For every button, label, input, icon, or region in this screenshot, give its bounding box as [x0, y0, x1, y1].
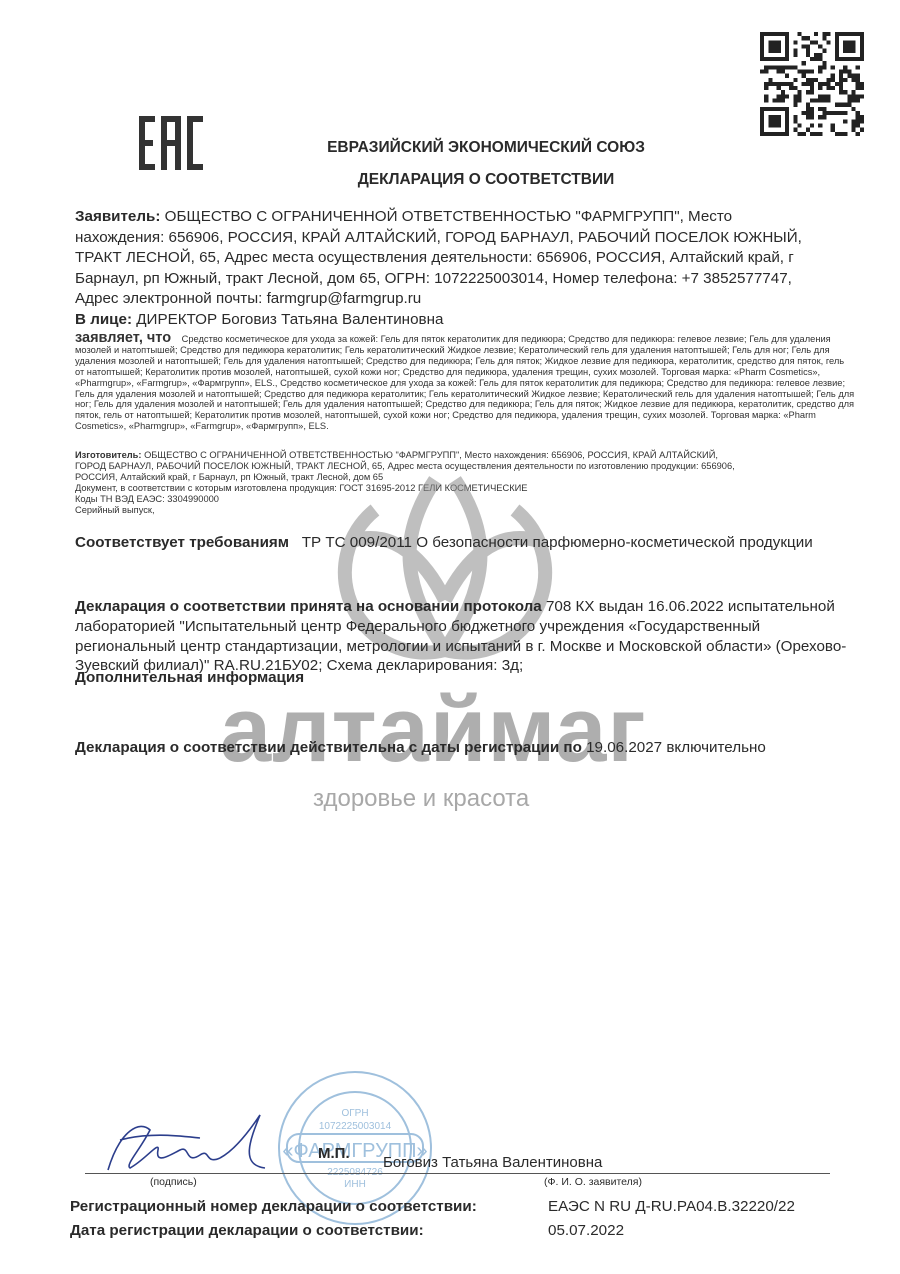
applicant-text: ОБЩЕСТВО С ОГРАНИЧЕННОЙ ОТВЕТСТВЕННОСТЬЮ…: [75, 208, 802, 307]
product-description: Средство косметическое для ухода за коже…: [75, 334, 854, 431]
document-title: ДЕКЛАРАЦИЯ О СООТВЕТСТВИИ: [0, 171, 900, 189]
signature-line: [85, 1173, 830, 1174]
registration-number-label: Регистрационный номер декларации о соотв…: [70, 1198, 477, 1215]
conformity-section: Соответствует требованиям ТР ТС 009/2011…: [75, 533, 835, 554]
manufacturer-label: Изготовитель:: [75, 450, 141, 460]
stamp-place-mark: М.П.: [318, 1145, 350, 1162]
registration-number: ЕАЭС N RU Д-RU.РА04.В.32220/22: [548, 1198, 795, 1215]
stamp-inn-label: ИНН: [344, 1179, 366, 1190]
validity-section: Декларация о соответствии действительна …: [75, 739, 835, 758]
manufacturer-text-1: ОБЩЕСТВО С ОГРАНИЧЕННОЙ ОТВЕТСТВЕННОСТЬЮ…: [144, 450, 718, 460]
representative-text: ДИРЕКТОР Боговиз Татьяна Валентиновна: [136, 311, 443, 328]
conformity-text: ТР ТС 009/2011 О безопасности парфюмерно…: [302, 534, 813, 551]
applicant-name-caption: (Ф. И. О. заявителя): [544, 1176, 642, 1188]
qr-code-icon: [760, 32, 864, 136]
representative-section: В лице: ДИРЕКТОР Боговиз Татьяна Валенти…: [75, 311, 815, 328]
signer-name: Боговиз Татьяна Валентиновна: [383, 1154, 602, 1171]
handwritten-signature-icon: [100, 1110, 280, 1180]
watermark-tagline: здоровье и красота: [313, 785, 529, 813]
signature-caption: (подпись): [150, 1176, 197, 1188]
registration-date-label: Дата регистрации декларации о соответств…: [70, 1222, 424, 1239]
stamp-ogrn-label: ОГРН: [341, 1108, 368, 1119]
basis-section: Декларация о соответствии принята на осн…: [75, 597, 855, 676]
conformity-label: Соответствует требованиям: [75, 534, 289, 551]
registration-date: 05.07.2022: [548, 1222, 624, 1239]
manufacturer-line-1: Изготовитель: ОБЩЕСТВО С ОГРАНИЧЕННОЙ ОТ…: [75, 450, 855, 461]
stamp-ogrn: 1072225003014: [319, 1121, 392, 1132]
statement-section: заявляет, что Средство косметическое для…: [75, 333, 855, 432]
watermark-brand: алтаймаг: [220, 678, 647, 783]
statement-label: заявляет, что: [75, 330, 171, 346]
validity-text: 19.06.2027 включительно: [586, 739, 766, 756]
representative-label: В лице:: [75, 311, 132, 328]
validity-label: Декларация о соответствии действительна …: [75, 739, 582, 756]
applicant-label: Заявитель:: [75, 208, 160, 225]
basis-label: Декларация о соответствии принята на осн…: [75, 598, 542, 615]
union-heading: ЕВРАЗИЙСКИЙ ЭКОНОМИЧЕСКИЙ СОЮЗ: [0, 139, 900, 157]
applicant-section: Заявитель: ОБЩЕСТВО С ОГРАНИЧЕННОЙ ОТВЕТ…: [75, 207, 815, 310]
